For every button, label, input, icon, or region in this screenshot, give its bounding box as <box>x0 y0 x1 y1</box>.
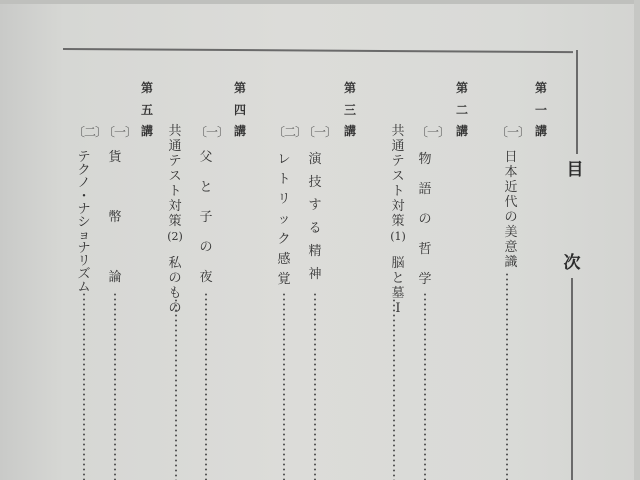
entry-char: す <box>307 198 323 221</box>
heading-char: 第 <box>454 78 470 100</box>
entry-char: 感 <box>276 252 292 272</box>
section-marker: 〔一〕 <box>496 125 529 139</box>
dot-leader <box>314 292 316 480</box>
entry-char: 父 <box>198 150 214 180</box>
entry-char: ナ <box>76 241 92 254</box>
entry-char: ナ <box>76 202 92 215</box>
entry-char: ズ <box>76 267 92 280</box>
heading-char: 五 <box>139 100 155 122</box>
entry-char: の <box>167 271 183 286</box>
lecture-2-heading: 第 二 講 <box>454 78 470 143</box>
entry-char: シ <box>76 215 92 228</box>
page-edge <box>0 0 640 4</box>
entry-char: 神 <box>307 267 323 290</box>
toc-title-char: 目 <box>565 160 585 180</box>
frame-right-rule <box>571 278 573 480</box>
entry-char: 哲 <box>417 242 433 272</box>
entry-char: 覚 <box>276 272 292 292</box>
toc-entry-rhetoric[interactable]: レ ト リ ッ ク 感 覚 <box>276 152 292 292</box>
section-marker: 〔二〕 <box>273 125 306 139</box>
frame-top-rule <box>63 48 573 53</box>
entry-char: の <box>417 212 433 242</box>
dot-leader <box>205 292 207 480</box>
entry-char: 技 <box>307 175 323 198</box>
entry-char: 策 <box>390 214 406 229</box>
entry-char: ノ <box>76 176 92 189</box>
lecture-4-heading: 第 四 講 <box>232 78 248 143</box>
entry-char: リ <box>276 192 292 212</box>
section-marker: 〔一〕 <box>303 125 336 139</box>
entry-char: ス <box>167 169 183 184</box>
entry-char: と <box>390 271 406 286</box>
dot-leader <box>283 292 285 480</box>
heading-char: 講 <box>454 121 470 143</box>
dot-leader <box>83 292 85 480</box>
toc-entry-kahei-ron[interactable]: 貨 幣 論 <box>107 150 123 290</box>
entry-char: 対 <box>167 199 183 214</box>
entry-char: 脳 <box>390 256 406 271</box>
entry-char: る <box>307 221 323 244</box>
entry-char: 本 <box>503 165 519 180</box>
toc-entry-engi[interactable]: 演 技 す る 精 神 <box>307 152 323 290</box>
entry-char: レ <box>276 152 292 172</box>
entry-char: (2) <box>167 229 183 244</box>
entry-char: 識 <box>503 255 519 270</box>
entry-char: テ <box>167 154 183 169</box>
section-marker: 〔一〕 <box>416 125 449 139</box>
entry-char: ク <box>276 232 292 252</box>
entry-char: 近 <box>503 180 519 195</box>
entry-char: ク <box>76 163 92 176</box>
entry-char: 幣 <box>107 210 123 270</box>
lecture-5-heading: 第 五 講 <box>139 78 155 143</box>
entry-char: 貨 <box>107 150 123 210</box>
entry-char: ス <box>390 169 406 184</box>
entry-char: 論 <box>107 270 123 290</box>
lecture-3-heading: 第 三 講 <box>342 78 358 143</box>
toc-entry-techno-nationalism[interactable]: テ ク ノ ・ ナ シ ョ ナ リ ズ ム <box>76 150 92 293</box>
entry-char: 策 <box>167 214 183 229</box>
toc-title-char: 次 <box>562 253 582 273</box>
frame-right-rule <box>576 50 578 154</box>
entry-char: 私 <box>167 256 183 271</box>
heading-char: 三 <box>342 100 358 122</box>
heading-char: 第 <box>139 78 155 100</box>
heading-char: 二 <box>454 100 470 122</box>
entry-char: の <box>198 240 214 270</box>
section-marker: 〔一〕 <box>103 125 136 139</box>
section-marker: 〔一〕 <box>195 125 228 139</box>
toc-entry-monogatari[interactable]: 物 語 の 哲 学 <box>417 152 433 302</box>
heading-char: 第 <box>342 78 358 100</box>
section-marker: 〔二〕 <box>73 125 106 139</box>
toc-entry-kyotsu-test-2[interactable]: 共 通 テ ス ト 対 策 (2) 私 の も の <box>167 124 183 316</box>
entry-char: ・ <box>76 189 92 202</box>
entry-char: 通 <box>390 139 406 154</box>
entry-char: ッ <box>276 212 292 232</box>
heading-char: 講 <box>232 121 248 143</box>
entry-char: 語 <box>417 182 433 212</box>
entry-char: 物 <box>417 152 433 182</box>
dot-leader <box>175 298 177 480</box>
entry-char: 意 <box>503 240 519 255</box>
heading-char: 講 <box>533 121 549 143</box>
entry-char: ト <box>276 172 292 192</box>
entry-char: ョ <box>76 228 92 241</box>
entry-char: テ <box>390 154 406 169</box>
entry-char: 通 <box>167 139 183 154</box>
toc-entry-chichi-to-ko[interactable]: 父 と 子 の 夜 <box>198 150 214 300</box>
dot-leader <box>506 272 508 480</box>
dot-leader <box>393 298 395 480</box>
toc-entry-nihon-kindai[interactable]: 日 本 近 代 の 美 意 識 <box>503 150 519 270</box>
entry-spacer <box>390 244 406 256</box>
toc-entry-kyotsu-test-1[interactable]: 共 通 テ ス ト 対 策 (1) 脳 と 墓 Ⅰ <box>390 124 406 316</box>
lecture-1-heading: 第 一 講 <box>533 78 549 143</box>
entry-spacer <box>167 244 183 256</box>
entry-char: 演 <box>307 152 323 175</box>
entry-char: テ <box>76 150 92 163</box>
entry-char: (1) <box>390 229 406 244</box>
heading-char: 四 <box>232 100 248 122</box>
entry-char: 日 <box>503 150 519 165</box>
heading-char: 講 <box>342 121 358 143</box>
page-edge <box>634 0 640 480</box>
heading-char: 講 <box>139 121 155 143</box>
entry-char: 美 <box>503 225 519 240</box>
dot-leader <box>114 292 116 480</box>
entry-char: の <box>503 210 519 225</box>
entry-char: 対 <box>390 199 406 214</box>
entry-char: 共 <box>390 124 406 139</box>
entry-char: 共 <box>167 124 183 139</box>
entry-char: ト <box>167 184 183 199</box>
entry-char: と <box>198 180 214 210</box>
entry-char: 代 <box>503 195 519 210</box>
entry-char: リ <box>76 254 92 267</box>
entry-char: ト <box>390 184 406 199</box>
entry-char: 子 <box>198 210 214 240</box>
heading-char: 第 <box>232 78 248 100</box>
heading-char: 一 <box>533 100 549 122</box>
entry-char: 精 <box>307 244 323 267</box>
dot-leader <box>424 292 426 480</box>
heading-char: 第 <box>533 78 549 100</box>
